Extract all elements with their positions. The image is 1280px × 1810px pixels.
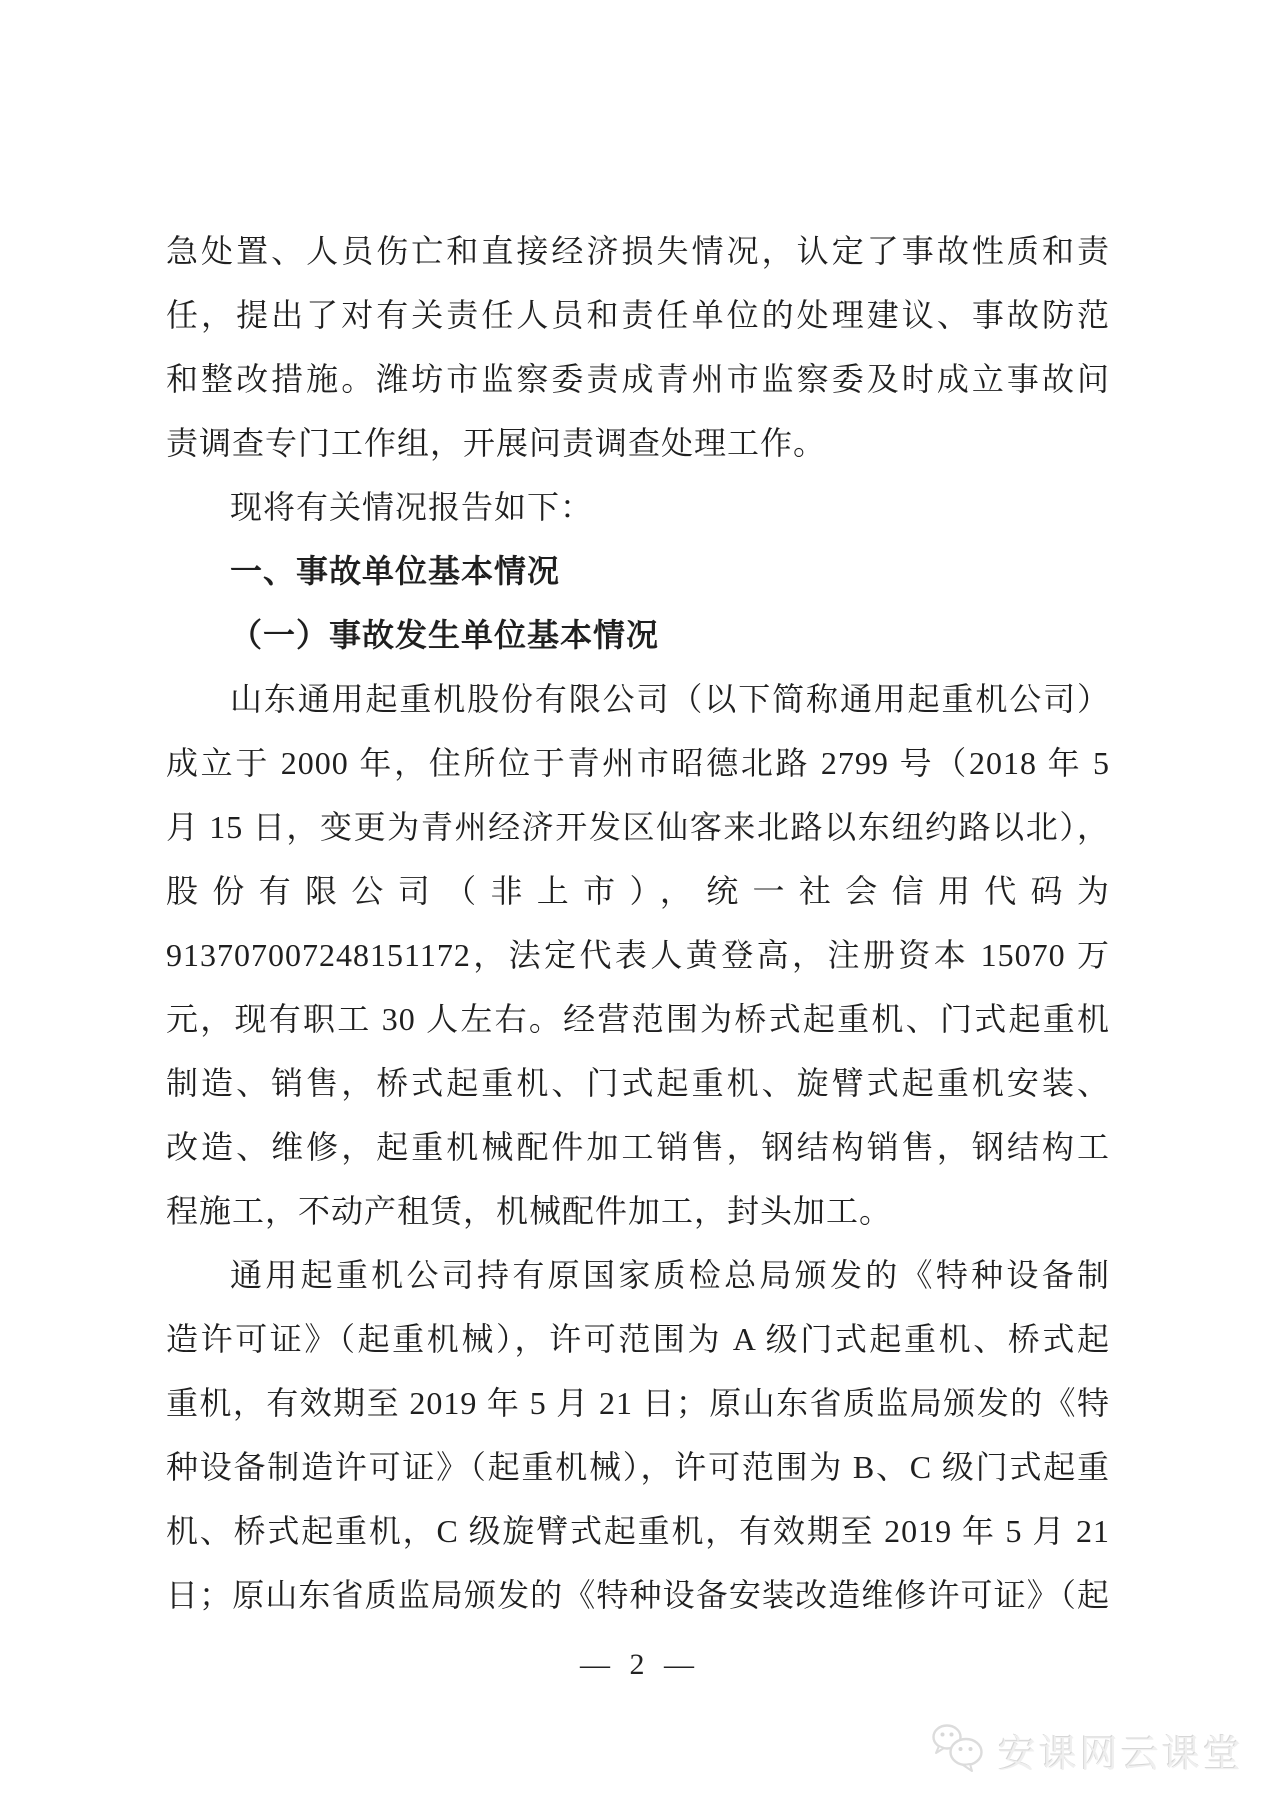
- body-line: 重机，有效期至 2019 年 5 月 21 日；原山东省质监局颁发的《特: [166, 1371, 1110, 1435]
- document-page: 急处置、人员伤亡和直接经济损失情况，认定了事故性质和责 任，提出了对有关责任人员…: [0, 0, 1280, 1810]
- watermark-label: 安课网云课堂: [998, 1723, 1244, 1778]
- body-line: 现将有关情况报告如下：: [166, 475, 1110, 539]
- body-line: 元，现有职工 30 人左右。经营范围为桥式起重机、门式起重机: [166, 987, 1110, 1051]
- body-line: 股份有限公司（非上市），统一社会信用代码为: [166, 859, 1110, 923]
- body-line: 制造、销售，桥式起重机、门式起重机、旋臂式起重机安装、: [166, 1051, 1110, 1115]
- body-line: 种设备制造许可证》（起重机械），许可范围为 B、C 级门式起重: [166, 1435, 1110, 1499]
- wechat-logo-icon: [930, 1722, 988, 1779]
- body-line: 月 15 日，变更为青州经济开发区仙客来北路以东纽约路以北），: [166, 795, 1110, 859]
- body-line: 日；原山东省质监局颁发的《特种设备安装改造维修许可证》（起: [166, 1563, 1110, 1627]
- body-line: 和整改措施。潍坊市监察委责成青州市监察委及时成立事故问: [166, 347, 1110, 411]
- page-number: — 2 —: [0, 1648, 1280, 1682]
- watermark: 安课网云课堂: [930, 1722, 1244, 1779]
- section-heading: 一、事故单位基本情况: [166, 539, 1110, 603]
- body-line: 913707007248151172，法定代表人黄登高，注册资本 15070 万: [166, 923, 1110, 987]
- body-line: 成立于 2000 年，住所位于青州市昭德北路 2799 号（2018 年 5: [166, 731, 1110, 795]
- document-body: 急处置、人员伤亡和直接经济损失情况，认定了事故性质和责 任，提出了对有关责任人员…: [166, 219, 1110, 1627]
- body-line: 改造、维修，起重机械配件加工销售，钢结构销售，钢结构工: [166, 1115, 1110, 1179]
- body-line: 山东通用起重机股份有限公司（以下简称通用起重机公司）: [166, 667, 1110, 731]
- body-line: 责调查专门工作组，开展问责调查处理工作。: [166, 411, 1110, 475]
- body-line: 造许可证》（起重机械），许可范围为 A 级门式起重机、桥式起: [166, 1307, 1110, 1371]
- body-line: 任，提出了对有关责任人员和责任单位的处理建议、事故防范: [166, 283, 1110, 347]
- body-line: 通用起重机公司持有原国家质检总局颁发的《特种设备制: [166, 1243, 1110, 1307]
- body-line: 程施工，不动产租赁，机械配件加工，封头加工。: [166, 1179, 1110, 1243]
- subsection-heading: （一）事故发生单位基本情况: [166, 603, 1110, 667]
- body-line: 急处置、人员伤亡和直接经济损失情况，认定了事故性质和责: [166, 219, 1110, 283]
- body-line: 机、桥式起重机，C 级旋臂式起重机，有效期至 2019 年 5 月 21: [166, 1499, 1110, 1563]
